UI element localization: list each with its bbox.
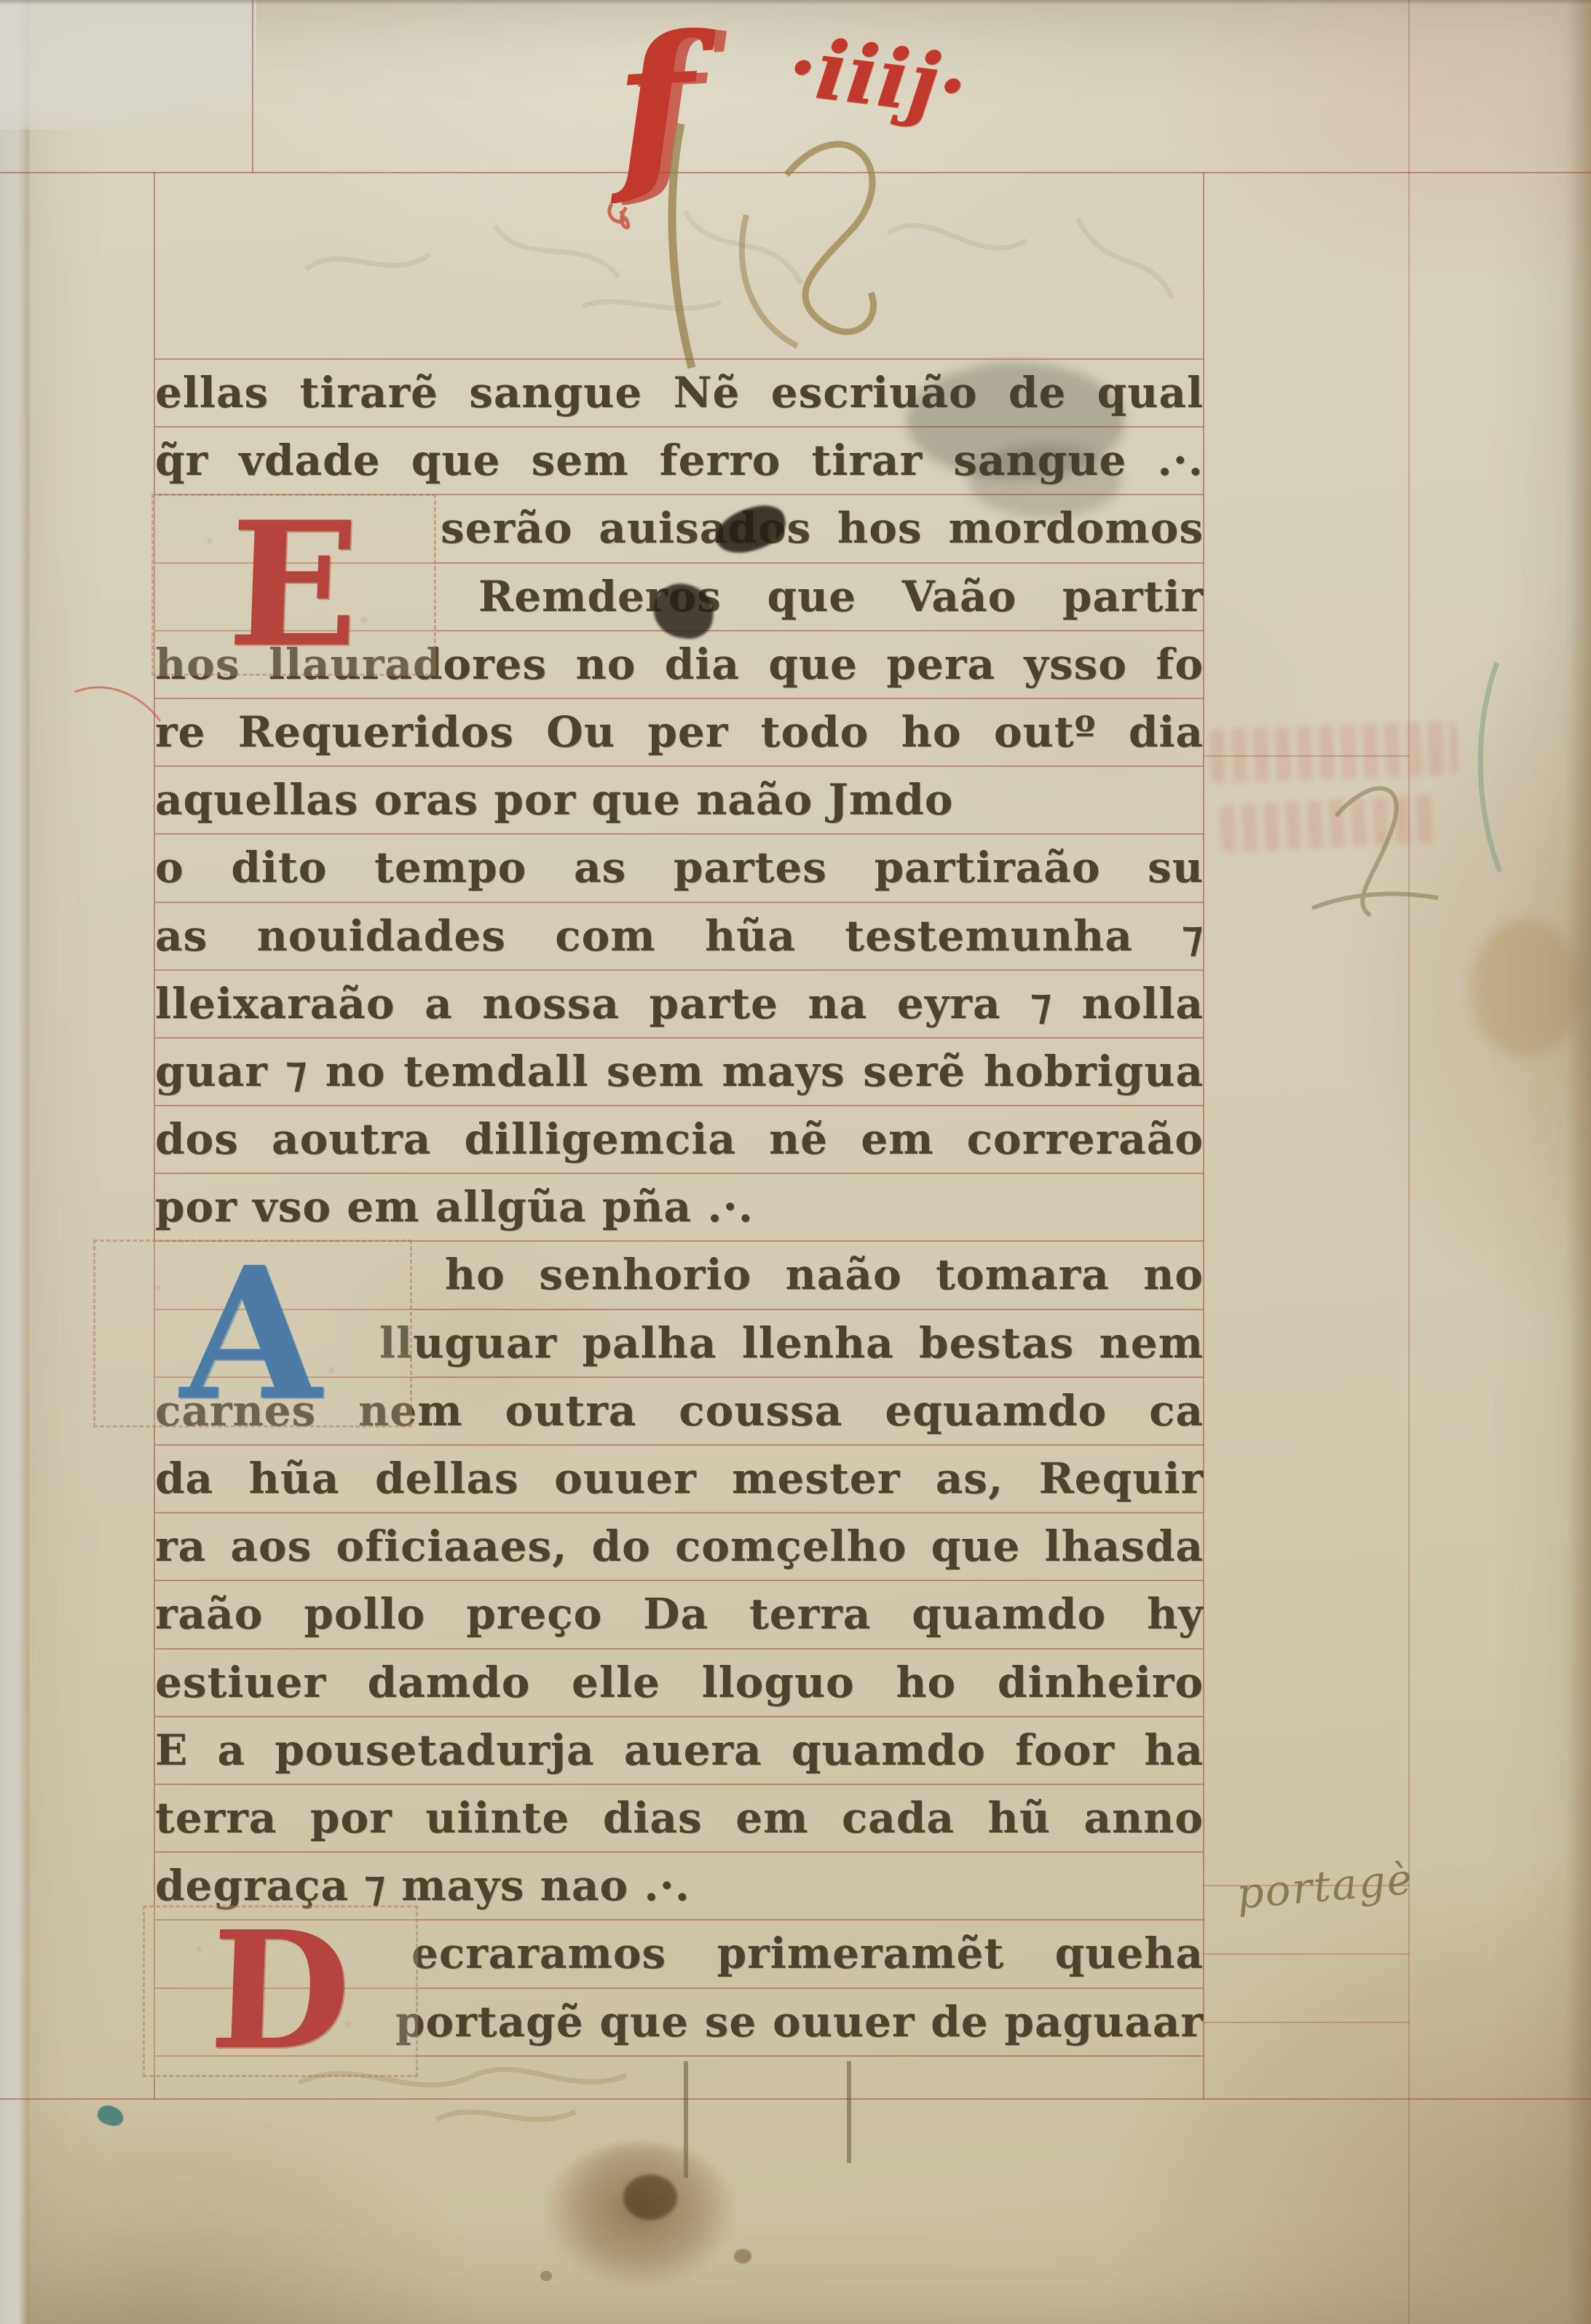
initial-d-letter: D: [142, 1907, 419, 2075]
initial-a: A: [93, 1240, 412, 1427]
manuscript-line: estiuer damdo elle lloguo ho dinheiro: [155, 1650, 1204, 1717]
red-hairline-mark: [69, 676, 171, 741]
manuscript-line: raão pollo preço Da terra quamdo hy: [155, 1581, 1204, 1649]
top-left-fold: [0, 0, 256, 130]
ruling-extension-3: [1203, 1953, 1410, 1955]
manuscript-line: lleixaraão a nossa parte na eyra ⁊ nolla: [155, 971, 1204, 1039]
ruling-topleft-vertical: [252, 0, 253, 173]
manuscript-line: o dito tempo as partes partiraão su: [155, 835, 1204, 902]
manuscript-line: dos aoutra dilligemcia nẽ em correraão: [155, 1106, 1204, 1174]
ruling-far-right-vertical: [1408, 0, 1410, 2324]
margin-note-portagem: portagè: [1234, 1854, 1415, 1919]
initial-e: E: [151, 494, 436, 676]
manuscript-line: ra aos oficiaaes, do comçelho que lhasda: [155, 1513, 1204, 1581]
page-left-edge: [0, 0, 31, 2324]
initial-d: D: [143, 1905, 418, 2077]
stain: [623, 2175, 677, 2220]
manuscript-page: f ·iiij· ellas tirarẽ sangue Nẽ escriuão…: [0, 0, 1591, 2324]
manuscript-line: guar ⁊ no temdall sem mays serẽ hobrigua: [155, 1039, 1204, 1106]
page-top-edge: [0, 0, 1591, 5]
manuscript-line: da hũa dellas ouuer mester as, Requir: [155, 1446, 1204, 1513]
stain: [734, 2249, 751, 2264]
ink-smudge: [968, 444, 1121, 517]
show-through-marks: [277, 182, 1187, 342]
initial-e-letter: E: [151, 496, 438, 674]
manuscript-line: as nouidades com hũa testemunha ⁊: [155, 903, 1204, 971]
manuscript-line: terra por uiinte dias em cada hũ anno: [155, 1785, 1204, 1853]
page-right-edge: [1566, 0, 1591, 2324]
stain: [1471, 919, 1580, 1057]
green-margin-line: [1469, 659, 1513, 878]
margin-scribble: [1303, 768, 1471, 943]
ruling-extension-4: [1203, 2022, 1410, 2023]
manuscript-line: aquellas oras por que naão Jmdo: [155, 767, 1204, 835]
manuscript-line: re Requeridos Ou per todo ho outº dia: [155, 699, 1204, 767]
stain: [540, 2271, 552, 2281]
manuscript-line: E a pousetadurja auera quamdo foor ha: [155, 1717, 1204, 1785]
initial-a-letter: A: [92, 1242, 414, 1425]
teal-speck: [95, 2103, 126, 2129]
